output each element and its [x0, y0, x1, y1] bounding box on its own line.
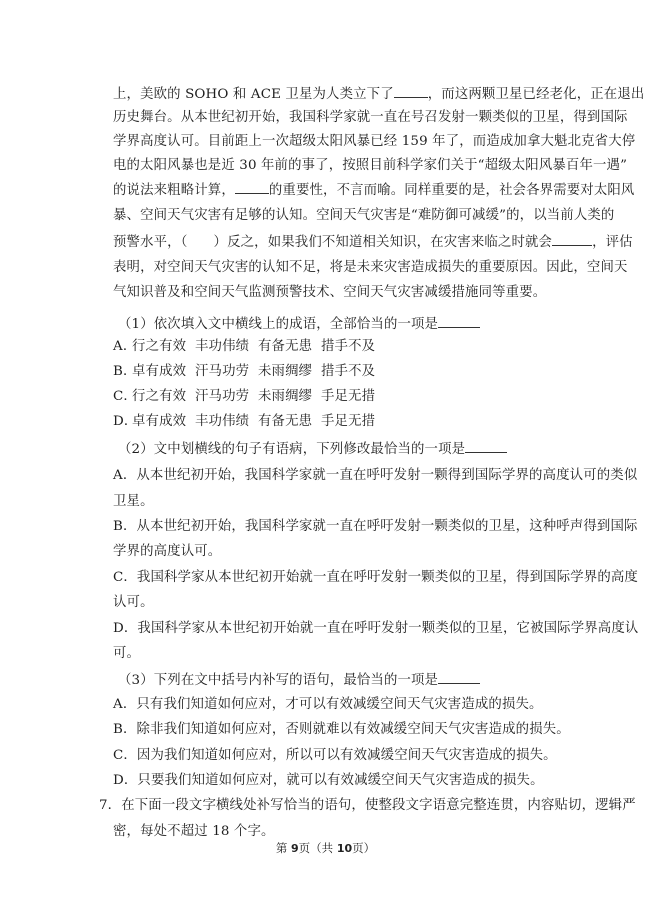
q1-option-b: B．卓有成效汗马功劳未雨绸缪措手不及	[113, 361, 553, 383]
idiom: 措手不及	[321, 336, 384, 358]
passage-line-9: 气知识普及和空间天气监测预警技术、空间天气灾害减缓措施同等重要。	[113, 282, 553, 304]
text: 的说法来粗略计算，	[113, 183, 235, 198]
total-pages: 10	[337, 842, 352, 855]
q2-option-c-line-1: C．我国科学家从本世纪初开始就一直在呼吁发射一颗类似的卫星，得到国际学界的高度	[113, 567, 553, 589]
q2-option-d-line-1: D．我国科学家从本世纪初开始就一直在呼吁发射一颗类似的卫星，它被国际学界高度认	[113, 618, 553, 640]
q2-option-a-line-1: A．从本世纪初开始，我国科学家就一直在呼吁发射一颗得到国际学界的高度认可的类似	[113, 465, 553, 487]
option-label: C．	[113, 386, 132, 408]
idiom: 手足无措	[321, 386, 384, 408]
idiom: 行之有效	[132, 386, 195, 408]
passage-line-5: 的说法来粗略计算，的重要性，不言而喻。同样重要的是，社会各界需要对太阳风	[113, 179, 553, 201]
page-footer: 第 9页（共 10页）	[0, 840, 651, 857]
exam-page: 上，美欧的 SOHO 和 ACE 卫星为人类立下了，而这两颗卫星已经老化，正在退…	[0, 0, 651, 920]
answer-blank	[438, 669, 480, 684]
idiom: 汗马功劳	[195, 386, 258, 408]
idiom: 有备无患	[258, 411, 321, 433]
answer-blank	[552, 231, 592, 246]
q1-option-d: D．卓有成效丰功伟绩有备无患手足无措	[113, 411, 553, 433]
text: ，而这两颗卫星已经老化，正在退出	[428, 87, 645, 102]
q3-option-d: D．只要我们知道如何应对，就可以有效减缓空间天气灾害造成的损失。	[113, 770, 553, 792]
option-label: B．	[113, 361, 132, 383]
text: 预警水平，（	[113, 235, 188, 250]
q1-option-a: A．行之有效丰功伟绩有备无患措手不及	[113, 336, 553, 358]
q3-option-b: B．除非我们知道如何应对，否则就难以有效减缓空间天气灾害造成的损失。	[113, 719, 553, 741]
question-7-line-1: 7．在下面一段文字横线处补写恰当的语句，使整段文字语意完整连贯，内容贴切，逻辑严	[99, 795, 553, 817]
q2-option-c-line-2: 认可。	[113, 592, 553, 614]
text: 页）	[352, 841, 375, 855]
passage-line-1: 上，美欧的 SOHO 和 ACE 卫星为人类立下了，而这两颗卫星已经老化，正在退…	[113, 83, 553, 105]
idiom: 措手不及	[321, 361, 384, 383]
question-1-stem: （1）依次填入文中横线上的成语，全部恰当的一项是	[118, 313, 558, 335]
text: ，评估	[592, 235, 633, 250]
idiom: 未雨绸缪	[258, 386, 321, 408]
answer-blank	[465, 438, 507, 453]
passage-line-3: 学界高度认可。目前距上一次超级太阳风暴已经 159 年了，而造成加拿大魁北克省大…	[113, 131, 553, 153]
text: （1）依次填入文中横线上的成语，全部恰当的一项是	[118, 317, 438, 332]
q3-option-c: C．因为我们知道如何应对，所以可以有效减缓空间天气灾害造成的损失。	[113, 745, 553, 767]
q2-option-a-line-2: 卫星。	[113, 491, 553, 513]
question-3-stem: （3）下列在文中括号内补写的语句，最恰当的一项是	[118, 669, 558, 691]
passage-line-7: 预警水平，（）反之，如果我们不知道相关知识，在灾害来临之时就会，评估	[113, 231, 553, 253]
answer-blank	[235, 179, 269, 194]
page-number: 9	[291, 842, 299, 855]
question-2-stem: （2）文中划横线的句子有语病，下列修改最恰当的一项是	[118, 438, 558, 460]
idiom: 未雨绸缪	[258, 361, 321, 383]
passage-line-6: 暴、空间天气灾害有足够的认知。空间天气灾害是“难防御可减缓”的，以当前人类的	[113, 205, 553, 227]
idiom: 汗马功劳	[195, 361, 258, 383]
idiom: 有备无患	[258, 336, 321, 358]
idiom: 卓有成效	[132, 361, 195, 383]
option-label: A．	[113, 336, 132, 358]
passage-line-4: 电的太阳风暴也是近 30 年前的事了，按照目前科学家们关于“超级太阳风暴百年一遇…	[113, 155, 553, 177]
q2-option-d-line-2: 可。	[113, 643, 553, 665]
q2-option-b-line-1: B．从本世纪初开始，我国科学家就一直在呼吁发射一颗类似的卫星，这种呼声得到国际	[113, 516, 553, 538]
text: 的重要性，不言而喻。同样重要的是，社会各界需要对太阳风	[269, 183, 635, 198]
passage-line-8: 表明，对空间天气灾害的认知不足，将是未来灾害造成损失的重要原因。因此，空间天	[113, 257, 553, 279]
answer-blank	[438, 313, 480, 328]
idiom: 手足无措	[321, 411, 384, 433]
text: 上，美欧的 SOHO 和 ACE 卫星为人类立下了	[113, 87, 394, 102]
idiom: 卓有成效	[132, 411, 195, 433]
text: ）反之，如果我们不知道相关知识，在灾害来临之时就会	[214, 235, 553, 250]
idiom: 行之有效	[132, 336, 195, 358]
q3-option-a: A．只有我们知道如何应对，才可以有效减缓空间天气灾害造成的损失。	[113, 694, 553, 716]
text: （2）文中划横线的句子有语病，下列修改最恰当的一项是	[118, 442, 465, 457]
text: （3）下列在文中括号内补写的语句，最恰当的一项是	[118, 673, 438, 688]
idiom: 丰功伟绩	[195, 411, 258, 433]
answer-blank	[394, 83, 428, 98]
text: 页（共	[299, 841, 337, 855]
option-label: D．	[113, 411, 132, 433]
idiom: 丰功伟绩	[195, 336, 258, 358]
passage-line-2: 历史舞台。从本世纪初开始，我国科学家就一直在号召发射一颗类似的卫星，得到国际	[113, 107, 553, 129]
q1-option-c: C．行之有效汗马功劳未雨绸缪手足无措	[113, 386, 553, 408]
text: 第	[276, 841, 291, 855]
q2-option-b-line-2: 学界的高度认可。	[113, 541, 553, 563]
